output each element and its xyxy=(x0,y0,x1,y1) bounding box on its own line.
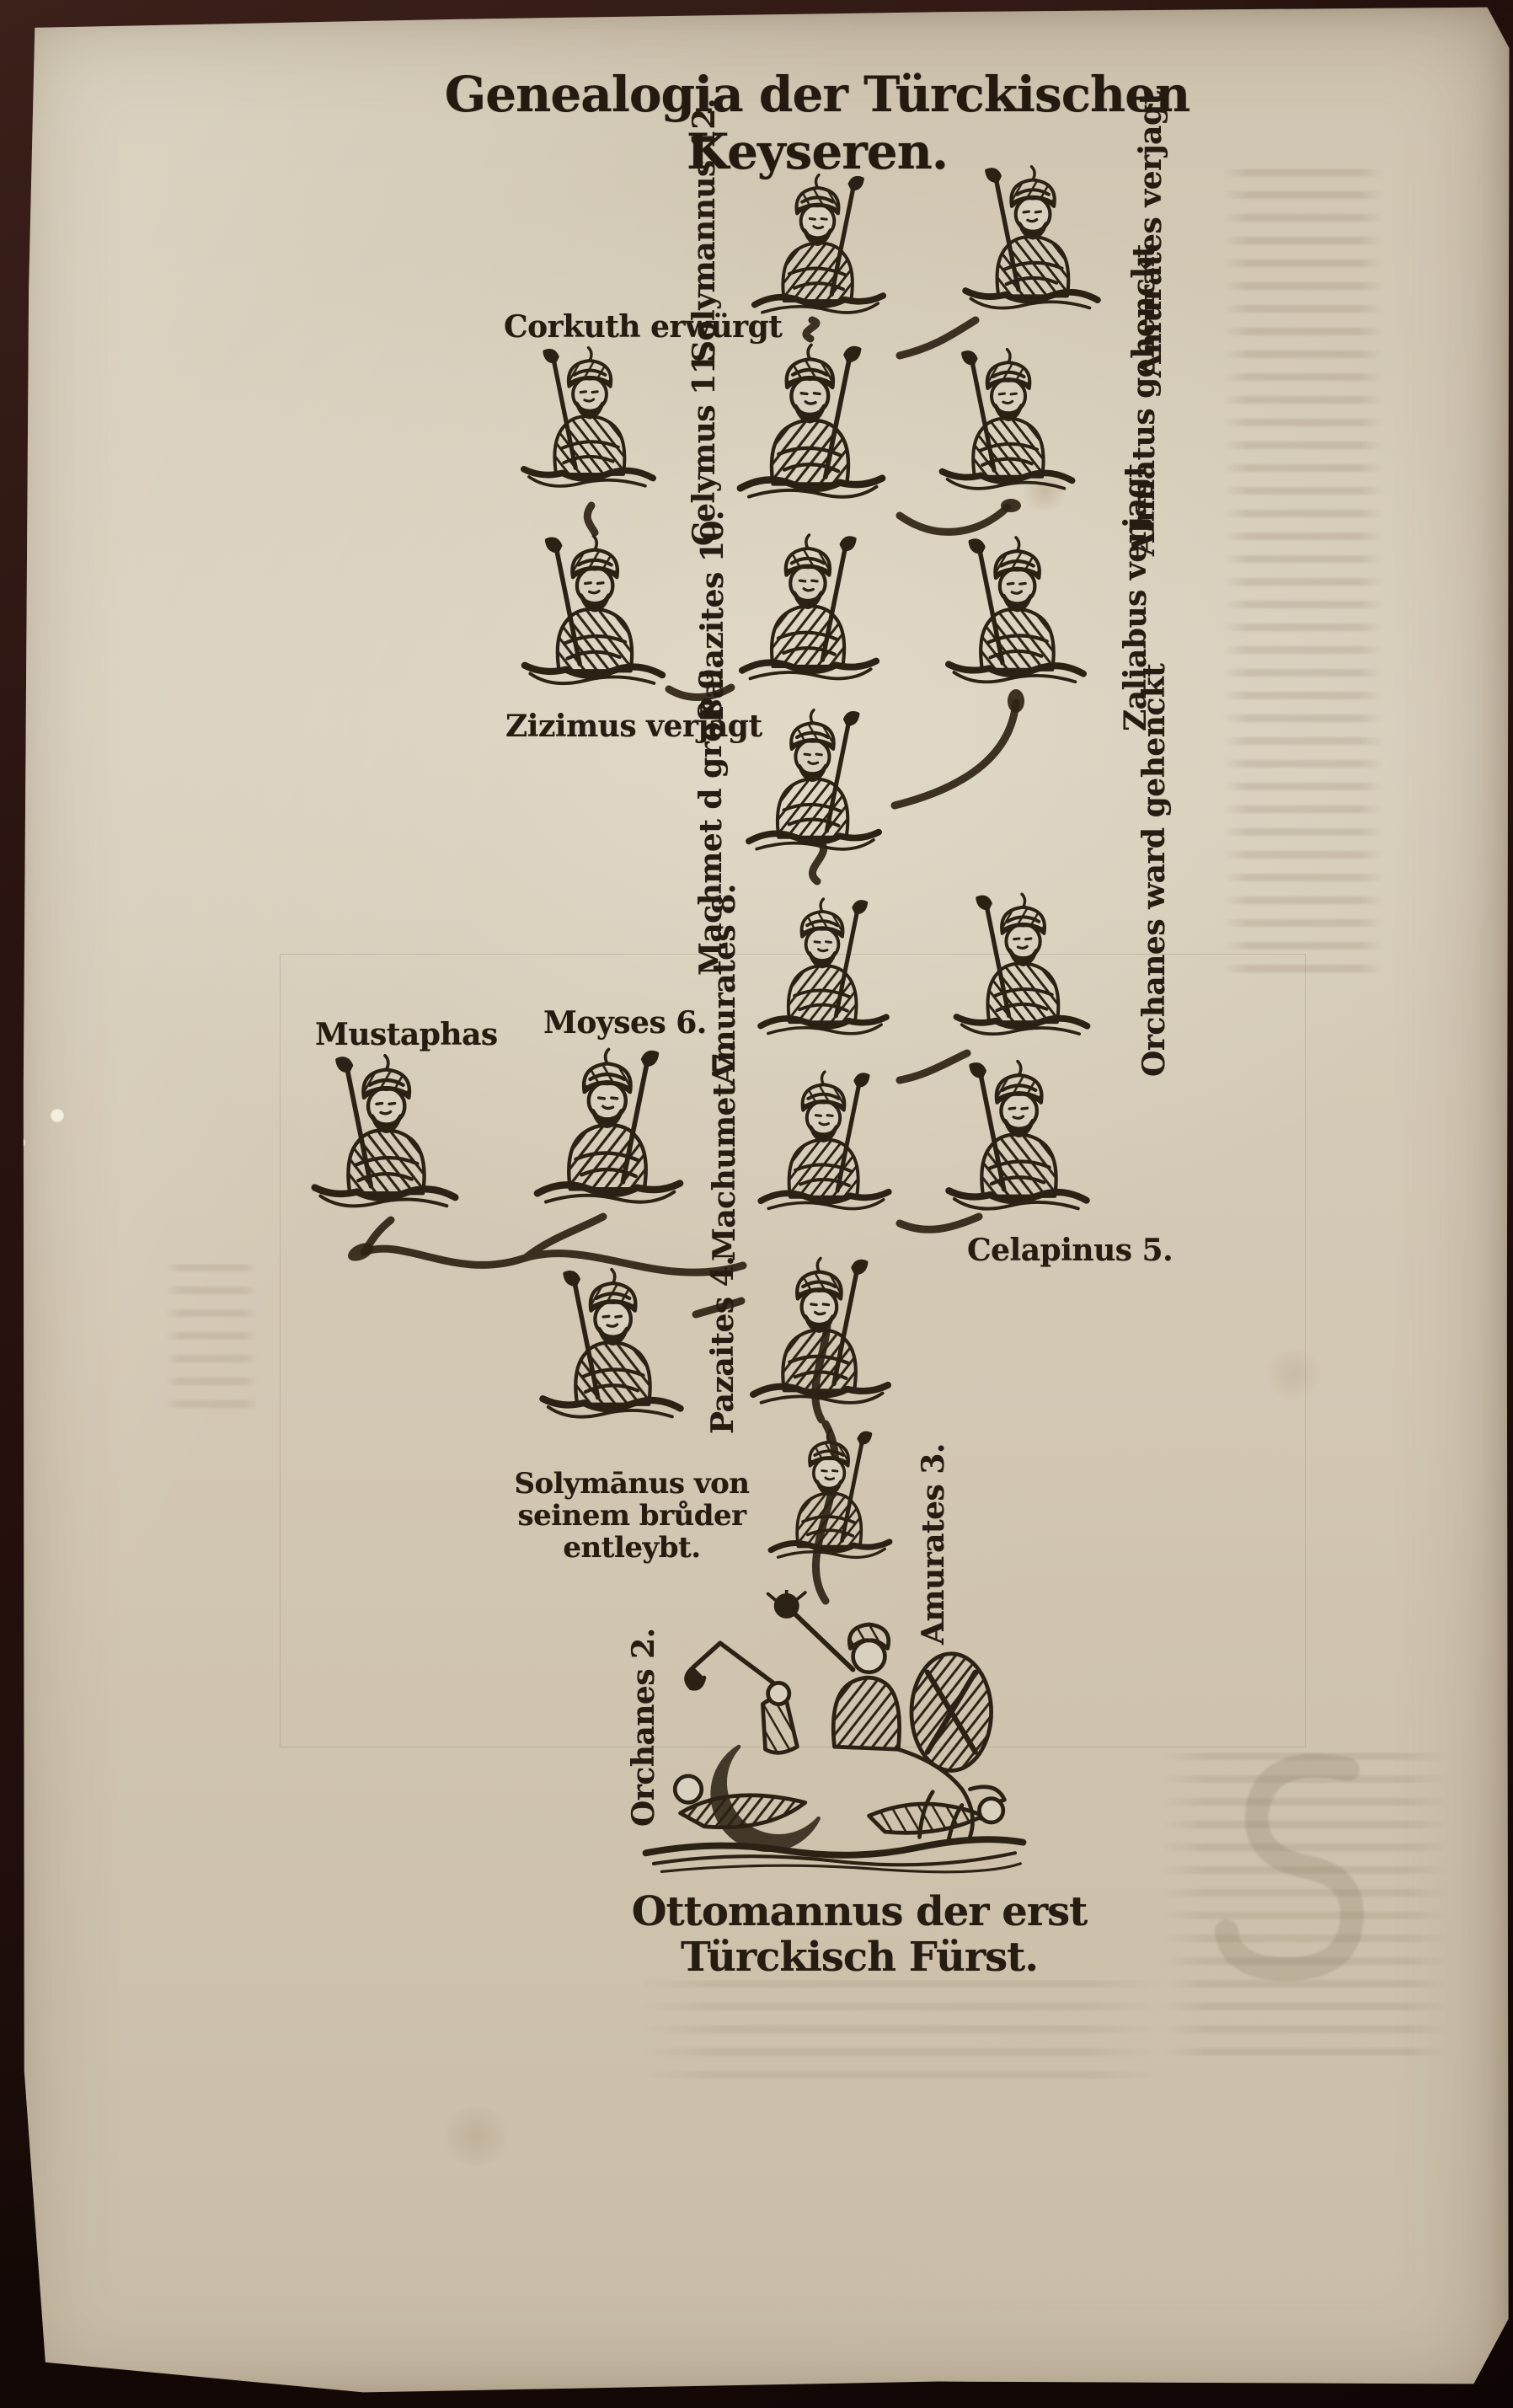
parchment-page: Genealogia der Türckischen Keyseren. xyxy=(0,0,1513,2408)
woodcut-portrait-amurates-expelled xyxy=(944,160,1120,318)
node-label-celapinus-5: Celapinus 5. xyxy=(967,1233,1173,1267)
node-label-moyses-6: Moyses 6. xyxy=(543,1006,707,1040)
node-label-machumet-7: Machumet 7. xyxy=(706,1042,743,1261)
woodcut-portrait-orchanes-hanged xyxy=(944,880,1100,1052)
node-label-pazaites-4: Pazaites 4. xyxy=(704,1256,741,1434)
woodcut-portrait-celapinus-5 xyxy=(935,1045,1100,1229)
woodcut-portrait-zizimus xyxy=(508,529,679,694)
woodcut-portrait-amurates-8 xyxy=(748,884,899,1052)
woodcut-portrait-ahmatus xyxy=(929,343,1085,499)
woodcut-portrait-solymannus-slain xyxy=(529,1260,694,1431)
node-label-corkuth: Corkuth erwürgt xyxy=(504,310,782,344)
node-label-orchanes-2: Orchanes 2. xyxy=(625,1628,662,1827)
woodcut-portrait-paiazites-10 xyxy=(729,523,890,694)
woodcut-portrait-corkuth xyxy=(504,341,673,496)
woodcut-portrait-mustaphas xyxy=(301,1045,469,1221)
woodcut-portrait-pazaites-4 xyxy=(740,1244,901,1421)
woodcut-portrait-moyses-6 xyxy=(523,1041,694,1215)
node-label-orchanes-hanged: Orchanes ward gehenckt xyxy=(1136,664,1173,1077)
woodcut-portrait-machumet-7 xyxy=(748,1055,901,1229)
node-label-solymannus-12: Solymannus 12. xyxy=(686,99,723,362)
node-label-solymannus-slain: Solymānus von seinem brůder entleybt. xyxy=(505,1468,758,1564)
node-label-amurates-3: Amurates 3. xyxy=(915,1443,952,1645)
woodcut-scene-ottomannus-battle xyxy=(628,1590,1040,1882)
node-label-mustaphas: Mustaphas xyxy=(315,1018,498,1051)
node-label-ottomannus-1: Ottomannus der erst Türckisch Fürst. xyxy=(590,1889,1129,1980)
woodcut-portrait-celymus-11 xyxy=(721,338,901,508)
woodcut-portrait-amurates-3 xyxy=(759,1410,901,1581)
woodcut-portrait-solymannus-12 xyxy=(721,169,917,323)
woodcut-portrait-zaliabus xyxy=(935,529,1097,694)
